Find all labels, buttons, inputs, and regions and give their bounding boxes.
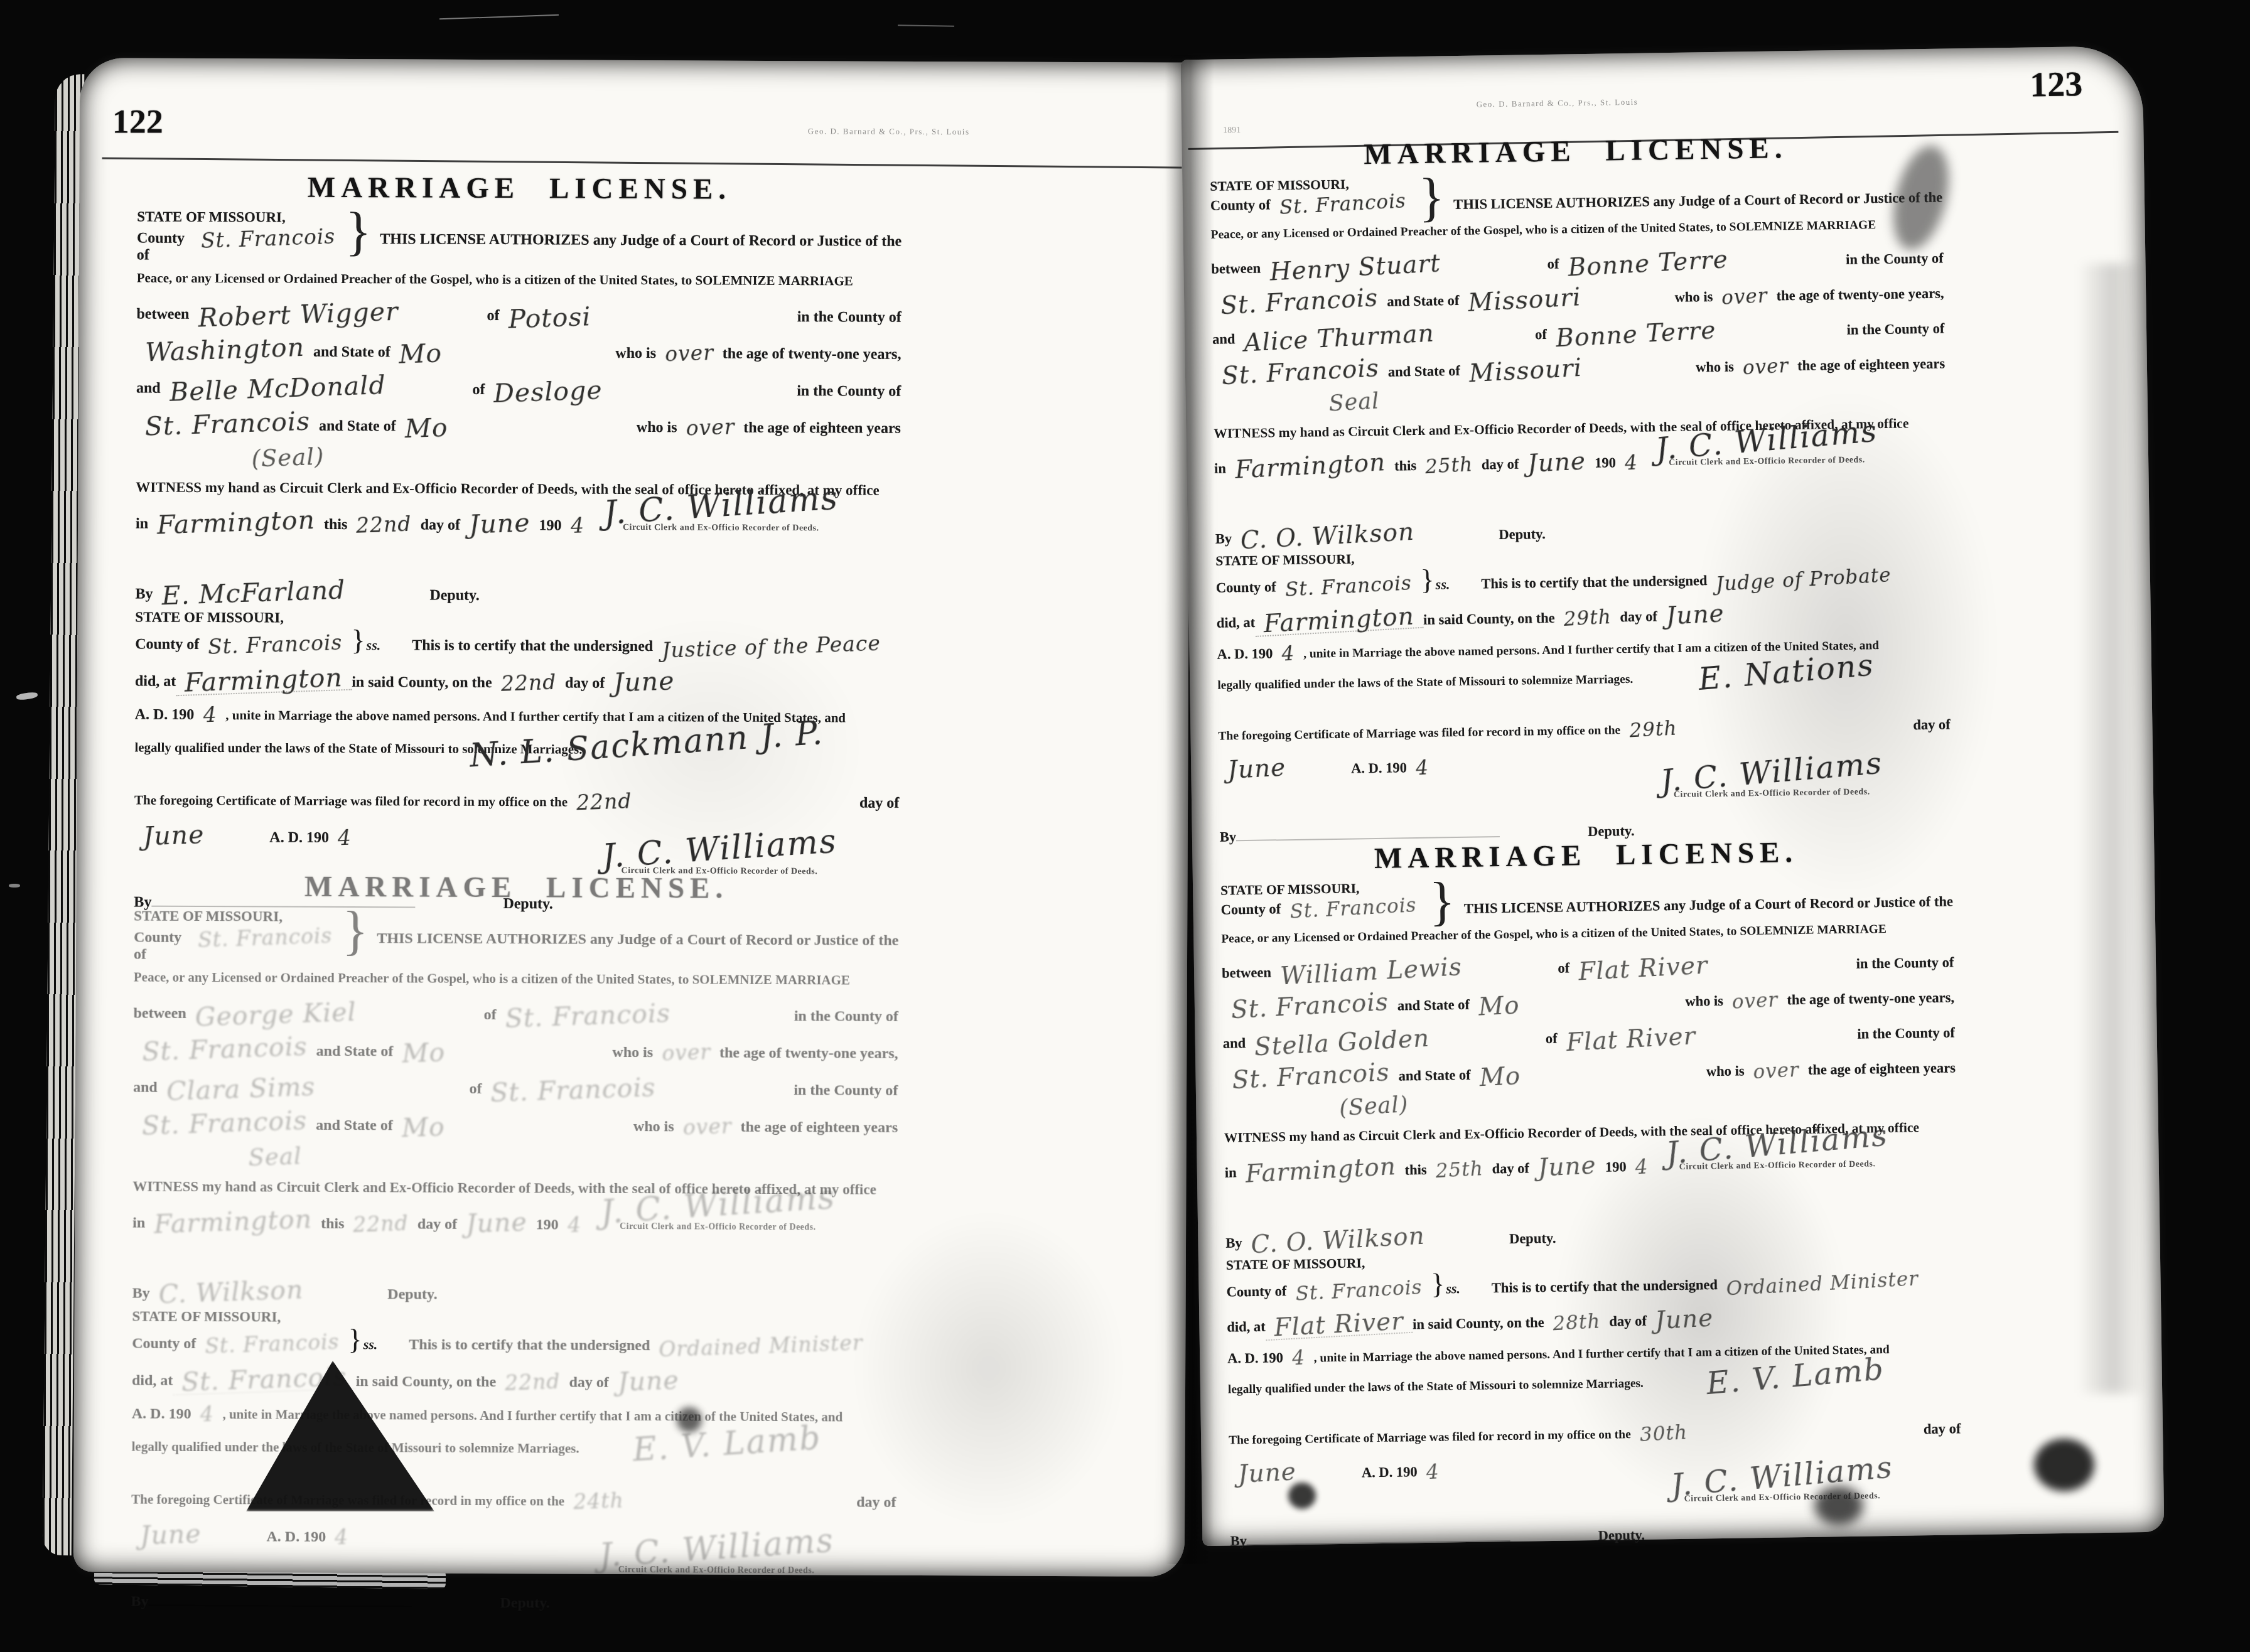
- bride-row2: St. Francois and State of Mo who is over…: [136, 410, 901, 437]
- cert-month-handwritten: June: [608, 1368, 688, 1394]
- clerk-signature-block: J. C. Williams Circuit Clerk and Ex-Offi…: [1591, 420, 1943, 469]
- certify-intro: This is to certify that the undersigned: [1492, 1277, 1718, 1296]
- officiant-title-handwritten: Ordained Minister: [650, 1333, 872, 1360]
- scratch-mark: [439, 14, 559, 20]
- groom-row: between William Lewis of Flat River in t…: [1222, 948, 1954, 981]
- filed-deputy-row: By Deputy.: [1230, 1523, 1962, 1550]
- groom-state-handwritten: Mo: [1469, 985, 1686, 1019]
- qualified-line: legally qualified under the laws of the …: [1228, 1377, 1644, 1397]
- cert-place-row: did, at Flat River in said County, on th…: [1227, 1302, 1959, 1336]
- filed-row: The foregoing Certificate of Marriage wa…: [1218, 715, 1951, 744]
- witness-day-handwritten: 25th: [1416, 456, 1482, 477]
- in-said-county-label: in said County, on the: [356, 1373, 497, 1391]
- page-top-rule: [102, 158, 1182, 169]
- filed-clerk-title-caption: Circuit Clerk and Ex-Officio Recorder of…: [1607, 1491, 1958, 1506]
- filed-row: The foregoing Certificate of Marriage wa…: [134, 788, 899, 812]
- age18-label: the age of eighteen years: [743, 420, 901, 437]
- witness-row: in Farmington this 25th day of June 190 …: [1214, 444, 1947, 512]
- qualified-row: legally qualified under the laws of the …: [132, 1439, 896, 1458]
- book-spine-shadow: [1165, 55, 1214, 1564]
- scratch-mark: [16, 692, 38, 701]
- did-at-label: did, at: [132, 1373, 173, 1390]
- witness-row: in Farmington this 22nd day of June 190 …: [132, 1208, 898, 1268]
- authorizes-line1: THIS LICENSE AUTHORIZES any Judge of a C…: [377, 909, 898, 950]
- groom-name-handwritten: George Kiel: [186, 996, 484, 1029]
- filed-year-handwritten: 4: [326, 1527, 358, 1547]
- between-label: between: [136, 306, 189, 323]
- deputy-label2: Deputy.: [500, 1595, 549, 1612]
- deputy-blank-line: [149, 1595, 412, 1607]
- officiant-title-handwritten: Ordained Minister: [1717, 1270, 1928, 1299]
- county-of-label: County of: [137, 230, 192, 264]
- county-handwritten: St. Francois: [1281, 896, 1426, 921]
- cert-day-handwritten: 28th: [1544, 1313, 1610, 1334]
- cert-day-of-label: day of: [569, 1375, 608, 1392]
- did-at-label: did, at: [135, 673, 176, 690]
- this-label: this: [1394, 458, 1416, 475]
- ad-printed-label: A. D. 190: [1227, 1350, 1283, 1367]
- filed-day-of-label: day of: [859, 795, 899, 812]
- deputy-signature: C. O. Wilkson: [1242, 1225, 1435, 1257]
- of-label2: of: [1535, 326, 1547, 343]
- who-is-label: who is: [1685, 993, 1723, 1010]
- county-handwritten: St. Francois: [191, 227, 344, 250]
- and-label: and: [136, 380, 161, 397]
- and-state-label: and State of: [313, 344, 390, 362]
- authorizes-line1: THIS LICENSE AUTHORIZES any Judge of a C…: [380, 210, 902, 250]
- age21-label: the age of twenty-one years,: [719, 1045, 898, 1063]
- printer-imprint: Geo. D. Barnard & Co., Prs., St. Louis: [808, 126, 970, 137]
- county-of-label: County of: [1210, 196, 1271, 213]
- bride-over-handwritten: over: [677, 417, 744, 438]
- of-label2: of: [472, 382, 485, 399]
- cert-month-handwritten: June: [605, 669, 684, 695]
- age18-label: the age of eighteen years: [740, 1119, 898, 1137]
- witness-office-handwritten: Farmington: [148, 508, 325, 537]
- who-is-label2: who is: [1696, 358, 1734, 375]
- by-label2: By: [1220, 829, 1237, 845]
- page-number: 123: [2030, 64, 2083, 105]
- day-of-label: day of: [421, 517, 460, 534]
- in-county-label: in the County of: [1846, 250, 1944, 267]
- license-title: MARRIAGE LICENSE.: [1209, 129, 1942, 174]
- in-county-label: in the County of: [797, 309, 902, 326]
- groom-name-handwritten: Robert Wigger: [189, 297, 487, 330]
- of-label: of: [484, 1007, 497, 1024]
- deputy-signature: C. Wilkson: [149, 1278, 313, 1307]
- bride-state-handwritten: Missouri: [1460, 351, 1696, 385]
- license-slot-top: MARRIAGE LICENSE. STATE OF MISSOURI, Cou…: [137, 170, 1133, 174]
- deputy-blank-line: [1247, 1530, 1510, 1545]
- ss-mark: ss.: [363, 1336, 378, 1353]
- filed-day-handwritten: 22nd: [568, 791, 641, 813]
- filed-year-handwritten: 4: [1406, 759, 1438, 778]
- in-label: in: [1225, 1165, 1237, 1181]
- in-said-county-label: in said County, on the: [1423, 610, 1555, 628]
- groom-row: between Robert Wigger of Potosi in the C…: [136, 299, 901, 326]
- bride-over-handwritten: over: [1744, 1061, 1809, 1082]
- qualified-row: legally qualified under the laws of the …: [134, 740, 899, 759]
- of-label2: of: [1546, 1031, 1558, 1047]
- certificate-section: STATE OF MISSOURI, County of St. Francoi…: [134, 609, 900, 914]
- and-state-label2: and State of: [1398, 1067, 1470, 1085]
- deputy-label: Deputy.: [387, 1286, 437, 1303]
- ad2-label: A. D. 190: [269, 829, 329, 846]
- bride-row: and Clara Sims of St. Francois in the Co…: [133, 1072, 898, 1100]
- clerk-signature-block: J. C. Williams Circuit Clerk and Ex-Offi…: [1601, 1124, 1953, 1174]
- form-brace: }: [1418, 175, 1445, 218]
- in-said-county-label: in said County, on the: [352, 674, 492, 692]
- bride-place-handwritten: Desloge: [485, 372, 797, 406]
- ad2-label: A. D. 190: [1351, 760, 1407, 777]
- witness-month-handwritten: June: [1529, 1154, 1606, 1180]
- filed-clerk-title-caption: Circuit Clerk and Ex-Officio Recorder of…: [541, 1565, 892, 1576]
- qualified-line: legally qualified under the laws of the …: [1217, 673, 1633, 693]
- deputy-label: Deputy.: [1499, 526, 1546, 543]
- certify-intro: This is to certify that the undersigned: [1481, 572, 1707, 592]
- bride-place-handwritten: St. Francois: [482, 1071, 794, 1105]
- and-state-label2: and State of: [1388, 363, 1460, 380]
- cert-county-of: County of: [132, 1336, 196, 1353]
- in-said-county-label: in said County, on the: [1413, 1314, 1544, 1333]
- groom-row2: St. Francois and State of Mo who is over…: [133, 1035, 898, 1063]
- filed-clerk-signature-block: J. C. Williams Circuit Clerk and Ex-Offi…: [544, 829, 895, 877]
- seal-handwritten: (Seal): [242, 446, 333, 469]
- bride-name-handwritten: Belle McDonald: [160, 370, 473, 404]
- and-label: and: [133, 1080, 158, 1097]
- witness-month-handwritten: June: [457, 1210, 537, 1236]
- bride-row: and Alice Thurman of Bonne Terre in the …: [1212, 314, 1945, 347]
- deputy-label: Deputy.: [429, 587, 479, 604]
- form-brace: }: [342, 909, 369, 952]
- bride-county-handwritten: St. Francois: [136, 409, 319, 439]
- groom-county-handwritten: St. Francois: [133, 1034, 316, 1064]
- filed-clerk-signature-block: J. C. Williams Circuit Clerk and Ex-Offi…: [541, 1528, 892, 1576]
- groom-place-handwritten: Potosi: [499, 298, 797, 331]
- seal-handwritten: (Seal): [1330, 1095, 1418, 1119]
- year-stamp: 1891: [1223, 126, 1241, 136]
- groom-over-handwritten: over: [656, 343, 723, 364]
- page-number: 122: [112, 102, 163, 141]
- ad-printed-label: A. D. 190: [1217, 646, 1273, 663]
- cert-brace: }: [1420, 570, 1435, 591]
- clerk-signature-block: J. C. Williams Circuit Clerk and Ex-Offi…: [542, 1185, 893, 1233]
- and-state-label2: and State of: [319, 418, 396, 436]
- groom-state-handwritten: Mo: [393, 1035, 613, 1066]
- in-label: in: [136, 516, 148, 533]
- groom-state-handwritten: Mo: [390, 336, 616, 367]
- clerk-signature-block: J. C. Williams Circuit Clerk and Ex-Offi…: [545, 486, 896, 534]
- cert-county-handwritten: St. Francois: [1276, 575, 1421, 600]
- county-handwritten: St. Francois: [1270, 193, 1415, 218]
- filed-day-handwritten: 30th: [1630, 1424, 1696, 1445]
- cert-day-handwritten: 29th: [1554, 609, 1620, 630]
- certificate-section: STATE OF MISSOURI, County of St. Francoi…: [131, 1309, 896, 1614]
- cert-county-row: County of St. Francois } ss. This is to …: [132, 1329, 896, 1356]
- license-header: STATE OF MISSOURI, County of St. Francoi…: [1220, 872, 1953, 926]
- cert-county-handwritten: St. Francois: [199, 633, 352, 657]
- marriage-license-record: MARRIAGE LICENSE. STATE OF MISSOURI, Cou…: [1220, 833, 1962, 1550]
- state-county-block: STATE OF MISSOURI, County of St. Francoi…: [137, 209, 344, 265]
- groom-over-handwritten: over: [653, 1043, 720, 1063]
- cert-month-handwritten: June: [1646, 1307, 1723, 1333]
- bride-place-handwritten: Flat River: [1557, 1016, 1858, 1054]
- cert-day-of-label: day of: [1609, 1313, 1647, 1330]
- by-label2: By: [131, 1594, 148, 1611]
- clerk-title-caption: Circuit Clerk and Ex-Officio Recorder of…: [542, 1221, 893, 1233]
- certify-intro: This is to certify that the undersigned: [412, 637, 653, 655]
- who-is-label: who is: [615, 345, 656, 362]
- deputy-signature: E. McFarland: [153, 578, 355, 608]
- cert-state-label: STATE OF MISSOURI,: [135, 609, 900, 629]
- ss-mark: ss.: [1446, 1280, 1460, 1297]
- in-county-label: in the County of: [794, 1008, 898, 1026]
- seal-handwritten: Seal: [1320, 391, 1389, 414]
- ad2-label: A. D. 190: [266, 1528, 326, 1545]
- deputy-signature: C. O. Wilkson: [1231, 520, 1424, 552]
- filed-line: The foregoing Certificate of Marriage wa…: [134, 793, 568, 810]
- groom-county-handwritten: Washington: [136, 335, 314, 364]
- filed-deputy-row: By Deputy.: [131, 1594, 895, 1614]
- and-state-label: and State of: [1397, 997, 1470, 1014]
- did-at-label: did, at: [1227, 1319, 1266, 1336]
- by-label: By: [1215, 531, 1232, 547]
- filed-day-of-label: day of: [1913, 717, 1951, 734]
- register-page-left: 122 Geo. D. Barnard & Co., Prs., St. Lou…: [73, 58, 1192, 1577]
- cert-day-of-label: day of: [565, 675, 605, 692]
- cert-state-label: STATE OF MISSOURI,: [132, 1309, 896, 1328]
- filed-month-handwritten: June: [1218, 756, 1295, 782]
- ad-printed-label: A. D. 190: [132, 1406, 191, 1423]
- groom-state-handwritten: Missouri: [1459, 281, 1676, 314]
- day-of-label: day of: [1492, 1161, 1529, 1177]
- filed-line: The foregoing Certificate of Marriage wa…: [1229, 1428, 1631, 1448]
- day-of-label: day of: [1482, 456, 1519, 473]
- bride-row2: St. Francois and State of Mo who is over…: [1223, 1053, 1956, 1086]
- in-county-label2: in the County of: [794, 1082, 898, 1100]
- filed-year-handwritten: 4: [329, 828, 361, 847]
- deputy-row: By C. O. Wilkson Deputy.: [1215, 514, 1948, 547]
- by-label: By: [132, 1285, 150, 1302]
- cert-year-handwritten: 4: [191, 1404, 223, 1424]
- groom-row: between George Kiel of St. Francois in t…: [134, 998, 898, 1026]
- this-label: this: [1405, 1162, 1427, 1179]
- and-label: and: [1223, 1035, 1246, 1052]
- cert-county-handwritten: St. Francois: [196, 1332, 348, 1356]
- this-label: this: [324, 517, 347, 534]
- bride-state-handwritten: Mo: [396, 410, 637, 441]
- authorizes-line2: Peace, or any Licensed or Ordained Preac…: [1221, 921, 1954, 946]
- bride-county-handwritten: St. Francois: [1223, 1061, 1399, 1092]
- and-state-label2: and State of: [316, 1117, 393, 1135]
- bride-name-handwritten: Stella Golden: [1245, 1021, 1546, 1059]
- bride-row: and Belle McDonald of Desloge in the Cou…: [136, 373, 901, 400]
- scanned-register-photo: 122 Geo. D. Barnard & Co., Prs., St. Lou…: [0, 0, 2250, 1652]
- witness-month-handwritten: June: [460, 511, 539, 537]
- witness-month-handwritten: June: [1518, 450, 1595, 476]
- witness-office-handwritten: Farmington: [1225, 451, 1395, 482]
- witness-day-handwritten: 25th: [1426, 1161, 1492, 1181]
- bride-state-handwritten: Mo: [1470, 1055, 1707, 1090]
- age21-label: the age of twenty-one years,: [1787, 989, 1954, 1008]
- certificate-section: STATE OF MISSOURI, County of St. Francoi…: [1215, 543, 1952, 845]
- day-of-label: day of: [417, 1216, 457, 1233]
- cert-place-handwritten: Farmington: [176, 666, 352, 696]
- state-county-block: STATE OF MISSOURI, County of St. Francoi…: [1210, 176, 1418, 214]
- cert-place-row: did, at Farmington in said County, on th…: [1216, 598, 1949, 632]
- marriage-license-record: MARRIAGE LICENSE. STATE OF MISSOURI, Cou…: [131, 869, 898, 1614]
- bride-state-handwritten: Mo: [392, 1109, 633, 1140]
- filed-month-handwritten: June: [134, 823, 213, 849]
- of-label: of: [1548, 255, 1559, 272]
- bride-row2: St. Francois and State of Mo who is over…: [133, 1109, 898, 1137]
- cert-year-handwritten: 4: [1273, 645, 1304, 664]
- filed-day-of-label: day of: [1924, 1421, 1961, 1438]
- who-is-label: who is: [1675, 289, 1713, 306]
- filed-clerk-signature-block: J. C. Williams Circuit Clerk and Ex-Offi…: [1595, 752, 1947, 802]
- ss-mark: ss.: [367, 637, 381, 653]
- form-brace: }: [345, 210, 372, 253]
- cert-brace: }: [348, 1329, 362, 1349]
- cert-place-handwritten: Farmington: [1254, 605, 1424, 637]
- filed-line: The foregoing Certificate of Marriage wa…: [1218, 724, 1620, 744]
- groom-over-handwritten: over: [1713, 287, 1777, 308]
- officiant-signature: E. V. Lamb: [632, 1419, 822, 1469]
- filed-day-handwritten: 29th: [1620, 720, 1686, 741]
- deputy-row: By E. McFarland Deputy.: [135, 579, 900, 606]
- ad-printed-label: A. D. 190: [135, 707, 195, 724]
- authorizes-line2: Peace, or any Licensed or Ordained Preac…: [137, 271, 902, 289]
- filed-clerk-title-caption: Circuit Clerk and Ex-Officio Recorder of…: [544, 866, 895, 877]
- filed-month-handwritten: June: [1229, 1461, 1306, 1486]
- county-of-label: County of: [134, 930, 189, 963]
- did-at-label: did, at: [1217, 614, 1256, 631]
- cert-day-handwritten: 22nd: [496, 1371, 569, 1393]
- bride-row: and Stella Golden of Flat River in the C…: [1222, 1018, 1955, 1051]
- cert-place-handwritten: Flat River: [1265, 1310, 1413, 1341]
- in-county-label2: in the County of: [797, 383, 901, 400]
- groom-name-handwritten: William Lewis: [1271, 951, 1558, 988]
- groom-row: between Henry Stuart of Bonne Terre in t…: [1211, 244, 1944, 277]
- witness-office-handwritten: Farmington: [145, 1207, 321, 1236]
- filed-row: The foregoing Certificate of Marriage wa…: [1229, 1419, 1961, 1448]
- witness-row: in Farmington this 22nd day of June 190 …: [136, 508, 901, 569]
- authorizes-line1: THIS LICENSE AUTHORIZES any Judge of a C…: [1453, 168, 1943, 213]
- license-header: STATE OF MISSOURI, County of St. Francoi…: [1210, 168, 1942, 222]
- filed-day-of-label: day of: [856, 1494, 896, 1511]
- seal-handwritten: Seal: [239, 1145, 311, 1169]
- in-county-label2: in the County of: [1857, 1024, 1955, 1042]
- witness-day-handwritten: 22nd: [347, 514, 421, 535]
- state-county-block: STATE OF MISSOURI, County of St. Francoi…: [1220, 880, 1428, 918]
- between-label: between: [1222, 964, 1271, 981]
- who-is-label2: who is: [637, 419, 677, 436]
- cert-county-handwritten: St. Francois: [1286, 1279, 1431, 1304]
- filed-row: The foregoing Certificate of Marriage wa…: [131, 1488, 896, 1511]
- witness-row: in Farmington this 25th day of June 190 …: [1224, 1148, 1957, 1216]
- form-brace: }: [1429, 879, 1455, 923]
- clerk-title-caption: Circuit Clerk and Ex-Officio Recorder of…: [1601, 1159, 1953, 1174]
- of-label: of: [487, 308, 500, 324]
- of-label2: of: [470, 1081, 482, 1098]
- cert-county-of: County of: [1216, 579, 1276, 596]
- groom-county-handwritten: St. Francois: [1212, 286, 1388, 318]
- witness-day-handwritten: 22nd: [344, 1213, 417, 1235]
- license-title: MARRIAGE LICENSE.: [137, 170, 902, 207]
- who-is-label2: who is: [1706, 1063, 1745, 1080]
- bride-row2: St. Francois and State of Missouri who i…: [1213, 349, 1946, 382]
- officiant-title-handwritten: Justice of the Peace: [653, 634, 890, 660]
- groom-place-handwritten: Flat River: [1569, 947, 1856, 984]
- certify-intro: This is to certify that the undersigned: [409, 1336, 650, 1354]
- printer-imprint: Geo. D. Barnard & Co., Prs., St. Louis: [1477, 97, 1639, 110]
- cert-county-of: County of: [1226, 1284, 1286, 1301]
- county-handwritten: St. Francois: [188, 926, 341, 950]
- bride-name-handwritten: Alice Thurman: [1235, 317, 1536, 355]
- filed-clerk-title-caption: Circuit Clerk and Ex-Officio Recorder of…: [1596, 786, 1947, 802]
- by-label2: By: [1230, 1533, 1247, 1550]
- and-label: and: [1212, 331, 1235, 348]
- and-state-label: and State of: [1387, 292, 1459, 310]
- certificate-section: STATE OF MISSOURI, County of St. Francoi…: [1226, 1247, 1962, 1550]
- filed-year-handwritten: 4: [1417, 1464, 1448, 1483]
- and-state-label: and State of: [316, 1043, 394, 1061]
- bride-county-handwritten: St. Francois: [132, 1108, 316, 1138]
- authorizes-line1: THIS LICENSE AUTHORIZES any Judge of a C…: [1463, 872, 1953, 917]
- who-is-label: who is: [612, 1044, 653, 1061]
- in-label: in: [132, 1215, 145, 1232]
- cert-brace: }: [351, 630, 365, 650]
- age18-label: the age of eighteen years: [1808, 1059, 1956, 1078]
- state-county-block: STATE OF MISSOURI, County of St. Francoi…: [134, 908, 341, 964]
- in-county-label2: in the County of: [1846, 320, 1944, 338]
- bride-over-handwritten: over: [1733, 357, 1798, 378]
- age21-label: the age of twenty-one years,: [723, 346, 902, 363]
- groom-name-handwritten: Henry Stuart: [1261, 247, 1548, 284]
- groom-county-handwritten: St. Francois: [1222, 990, 1398, 1022]
- qualified-row: legally qualified under the laws of the …: [1217, 668, 1950, 693]
- license-header: STATE OF MISSOURI, County of St. Francoi…: [134, 908, 899, 967]
- officiant-title-handwritten: Judge of Probate: [1707, 567, 1901, 594]
- ad2-label: A. D. 190: [1362, 1464, 1418, 1481]
- this-label: this: [321, 1216, 344, 1233]
- deputy-label2: Deputy.: [1598, 1527, 1645, 1544]
- license-header: STATE OF MISSOURI, County of St. Francoi…: [137, 209, 902, 267]
- marriage-license-record: MARRIAGE LICENSE. STATE OF MISSOURI, Cou…: [134, 170, 902, 914]
- deputy-row: By C. Wilkson Deputy.: [132, 1278, 897, 1306]
- cert-year-handwritten: 4: [1283, 1349, 1314, 1368]
- age18-label: the age of eighteen years: [1797, 355, 1945, 373]
- county-of-label: County of: [1220, 901, 1281, 918]
- bride-over-handwritten: over: [674, 1117, 741, 1137]
- cert-year-handwritten: 4: [194, 705, 226, 724]
- groom-place-handwritten: Bonne Terre: [1559, 242, 1846, 279]
- groom-over-handwritten: over: [1723, 991, 1787, 1012]
- between-label: between: [134, 1006, 186, 1022]
- by-label: By: [1225, 1235, 1242, 1252]
- deputy-label: Deputy.: [1509, 1230, 1556, 1247]
- register-page-right: 1891 Geo. D. Barnard & Co., Prs., St. Lo…: [1181, 46, 2165, 1546]
- filed-day-handwritten: 24th: [564, 1491, 633, 1511]
- authorizes-line2: Peace, or any Licensed or Ordained Preac…: [134, 970, 898, 989]
- age21-label: the age of twenty-one years,: [1777, 285, 1944, 304]
- cert-brace: }: [1431, 1274, 1445, 1295]
- filed-row2: June A. D. 190 4 J. C. Williams Circuit …: [1219, 746, 1952, 817]
- authorizes-line2: Peace, or any Licensed or Ordained Preac…: [1211, 217, 1944, 242]
- qualified-row: legally qualified under the laws of the …: [1228, 1373, 1961, 1397]
- state-label: STATE OF MISSOURI,: [134, 908, 341, 925]
- witness-office-handwritten: Farmington: [1236, 1156, 1406, 1186]
